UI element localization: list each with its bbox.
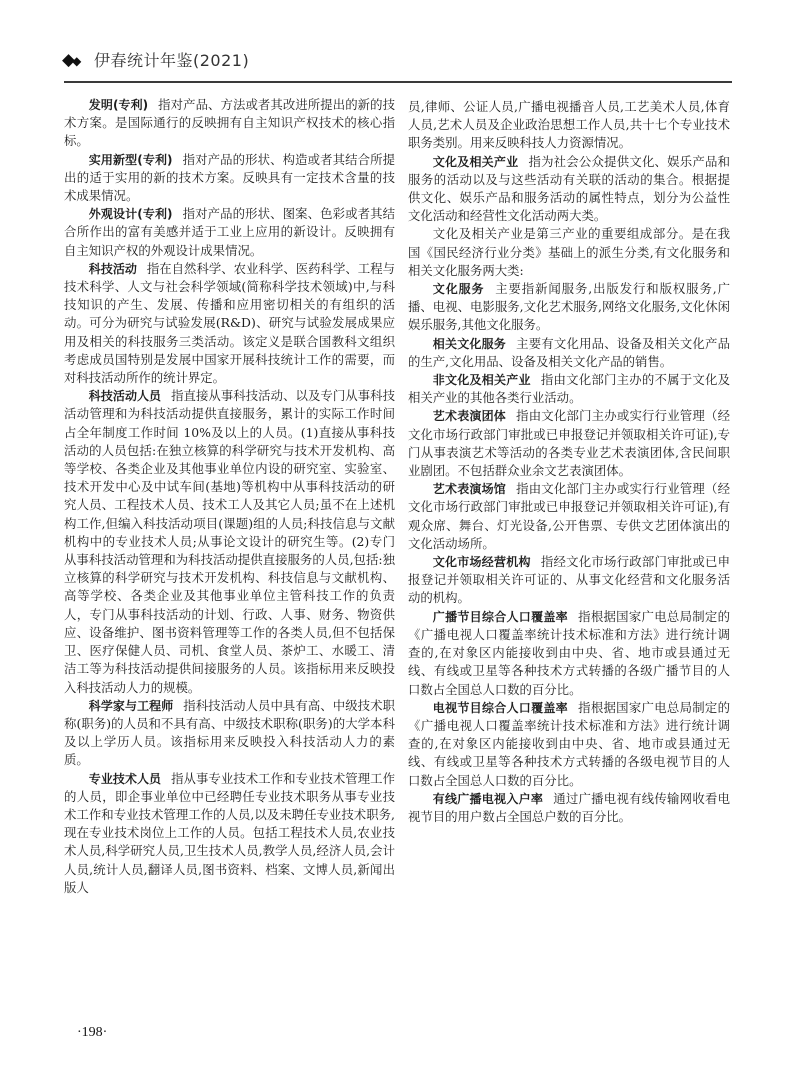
definition-term: 非文化及相关产业 <box>433 373 531 387</box>
definition-text: 文化及相关产业是第三产业的重要组成部分。是在我国《国民经济行业分类》基础上的派生… <box>408 226 730 277</box>
definition-paragraph: 外观设计(专利)指对产品的形状、图案、色彩或者其结合所作出的富有美感并适于工业上… <box>64 205 395 260</box>
definition-term: 有线广播电视入户率 <box>433 792 543 806</box>
definition-text: 指直接从事科技活动、以及专门从事科技活动管理和为科技活动提供直接服务，累计的实际… <box>64 388 395 694</box>
definition-paragraph: 艺术表演场馆指由文化部门主办或实行行业管理（经文化市场行政部门审批或已申报登记并… <box>408 480 730 553</box>
definition-paragraph: 实用新型(专利)指对产品的形状、构造或者其结合所提出的适于实用的新的技术方案。反… <box>64 151 395 206</box>
definition-term: 外观设计(专利) <box>89 207 173 221</box>
definition-term: 科技活动人员 <box>89 389 161 403</box>
running-header: ◆◆ 伊春统计年鉴(2021) <box>62 48 732 84</box>
definition-term: 发明(专利) <box>89 98 148 112</box>
publication-title: 伊春统计年鉴(2021) <box>94 48 249 71</box>
definition-paragraph: 文化市场经营机构指经文化市场行政部门审批或已申报登记并领取相关许可证的、从事文化… <box>408 553 730 608</box>
definition-term: 文化服务 <box>433 282 485 296</box>
definition-paragraph: 艺术表演团体指由文化部门主办或实行行业管理（经文化市场行政部门审批或已申报登记并… <box>408 407 730 480</box>
definition-paragraph: 科学家与工程师指科技活动人员中具有高、中级技术职称(职务)的人员和不具有高、中级… <box>64 697 395 770</box>
definition-paragraph: 广播节目综合人口覆盖率指根据国家广电总局制定的《广播电视人口覆盖率统计技术标准和… <box>408 608 730 699</box>
header-rule <box>64 81 732 83</box>
definition-term: 文化市场经营机构 <box>433 555 531 569</box>
definition-term: 艺术表演场馆 <box>433 482 506 496</box>
definition-paragraph: 非文化及相关产业指由文化部门主办的不属于文化及相关产业的其他各类行业活动。 <box>408 371 730 407</box>
definition-term: 相关文化服务 <box>433 337 506 351</box>
continued-paragraph: 员,律师、公证人员,广播电视播音人员,工艺美术人员,体育人员,艺术人员及企业政治… <box>408 98 730 153</box>
definition-term: 广播节目综合人口覆盖率 <box>433 610 568 624</box>
definition-paragraph: 相关文化服务主要有文化用品、设备及相关文化产品的生产,文化用品、设备及相关文化产… <box>408 335 730 371</box>
definition-paragraph: 科技活动人员指直接从事科技活动、以及专门从事科技活动管理和为科技活动提供直接服务… <box>64 387 395 696</box>
definition-term: 科技活动 <box>89 262 137 276</box>
definition-paragraph: 有线广播电视入户率通过广播电视有线传输网收看电视节目的用户数占全国总户数的百分比… <box>408 790 730 826</box>
definition-term: 电视节目综合人口覆盖率 <box>433 701 568 715</box>
definition-text: 员,律师、公证人员,广播电视播音人员,工艺美术人员,体育人员,艺术人员及企业政治… <box>408 99 730 150</box>
definition-term: 艺术表演团体 <box>433 409 506 423</box>
page-number: ·198· <box>77 1025 107 1041</box>
right-column: 员,律师、公证人员,广播电视播音人员,工艺美术人员,体育人员,艺术人员及企业政治… <box>408 98 730 826</box>
definition-paragraph: 科技活动指在自然科学、农业科学、医药科学、工程与技术科学、人文与社会科学领域(简… <box>64 260 395 387</box>
diamond-icon: ◆ <box>72 54 78 68</box>
definition-term: 文化及相关产业 <box>433 155 519 169</box>
definition-term: 科学家与工程师 <box>89 699 173 713</box>
diamond-marks-icon: ◆◆ <box>62 50 78 70</box>
body-paragraph: 文化及相关产业是第三产业的重要组成部分。是在我国《国民经济行业分类》基础上的派生… <box>408 225 730 280</box>
left-column: 发明(专利)指对产品、方法或者其改进所提出的新的技术方案。是国际通行的反映拥有自… <box>64 96 395 897</box>
definition-paragraph: 文化及相关产业指为社会公众提供文化、娱乐产品和服务的活动以及与这些活动有关联的活… <box>408 153 730 226</box>
definition-paragraph: 专业技术人员指从事专业技术工作和专业技术管理工作的人员，即企事业单位中已经聘任专… <box>64 770 395 897</box>
diamond-icon: ◆ <box>62 50 72 70</box>
definition-term: 专业技术人员 <box>89 772 161 786</box>
definition-paragraph: 文化服务主要指新闻服务,出版发行和版权服务,广播、电视、电影服务,文化艺术服务,… <box>408 280 730 335</box>
definition-paragraph: 发明(专利)指对产品、方法或者其改进所提出的新的技术方案。是国际通行的反映拥有自… <box>64 96 395 151</box>
definition-paragraph: 电视节目综合人口覆盖率指根据国家广电总局制定的《广播电视人口覆盖率统计技术标准和… <box>408 699 730 790</box>
definition-text: 指从事专业技术工作和专业技术管理工作的人员，即企事业单位中已经聘任专业技术职务从… <box>64 771 395 895</box>
definition-text: 指在自然科学、农业科学、医药科学、工程与技术科学、人文与社会科学领域(简称科学技… <box>64 261 395 385</box>
definition-term: 实用新型(专利) <box>89 153 173 167</box>
